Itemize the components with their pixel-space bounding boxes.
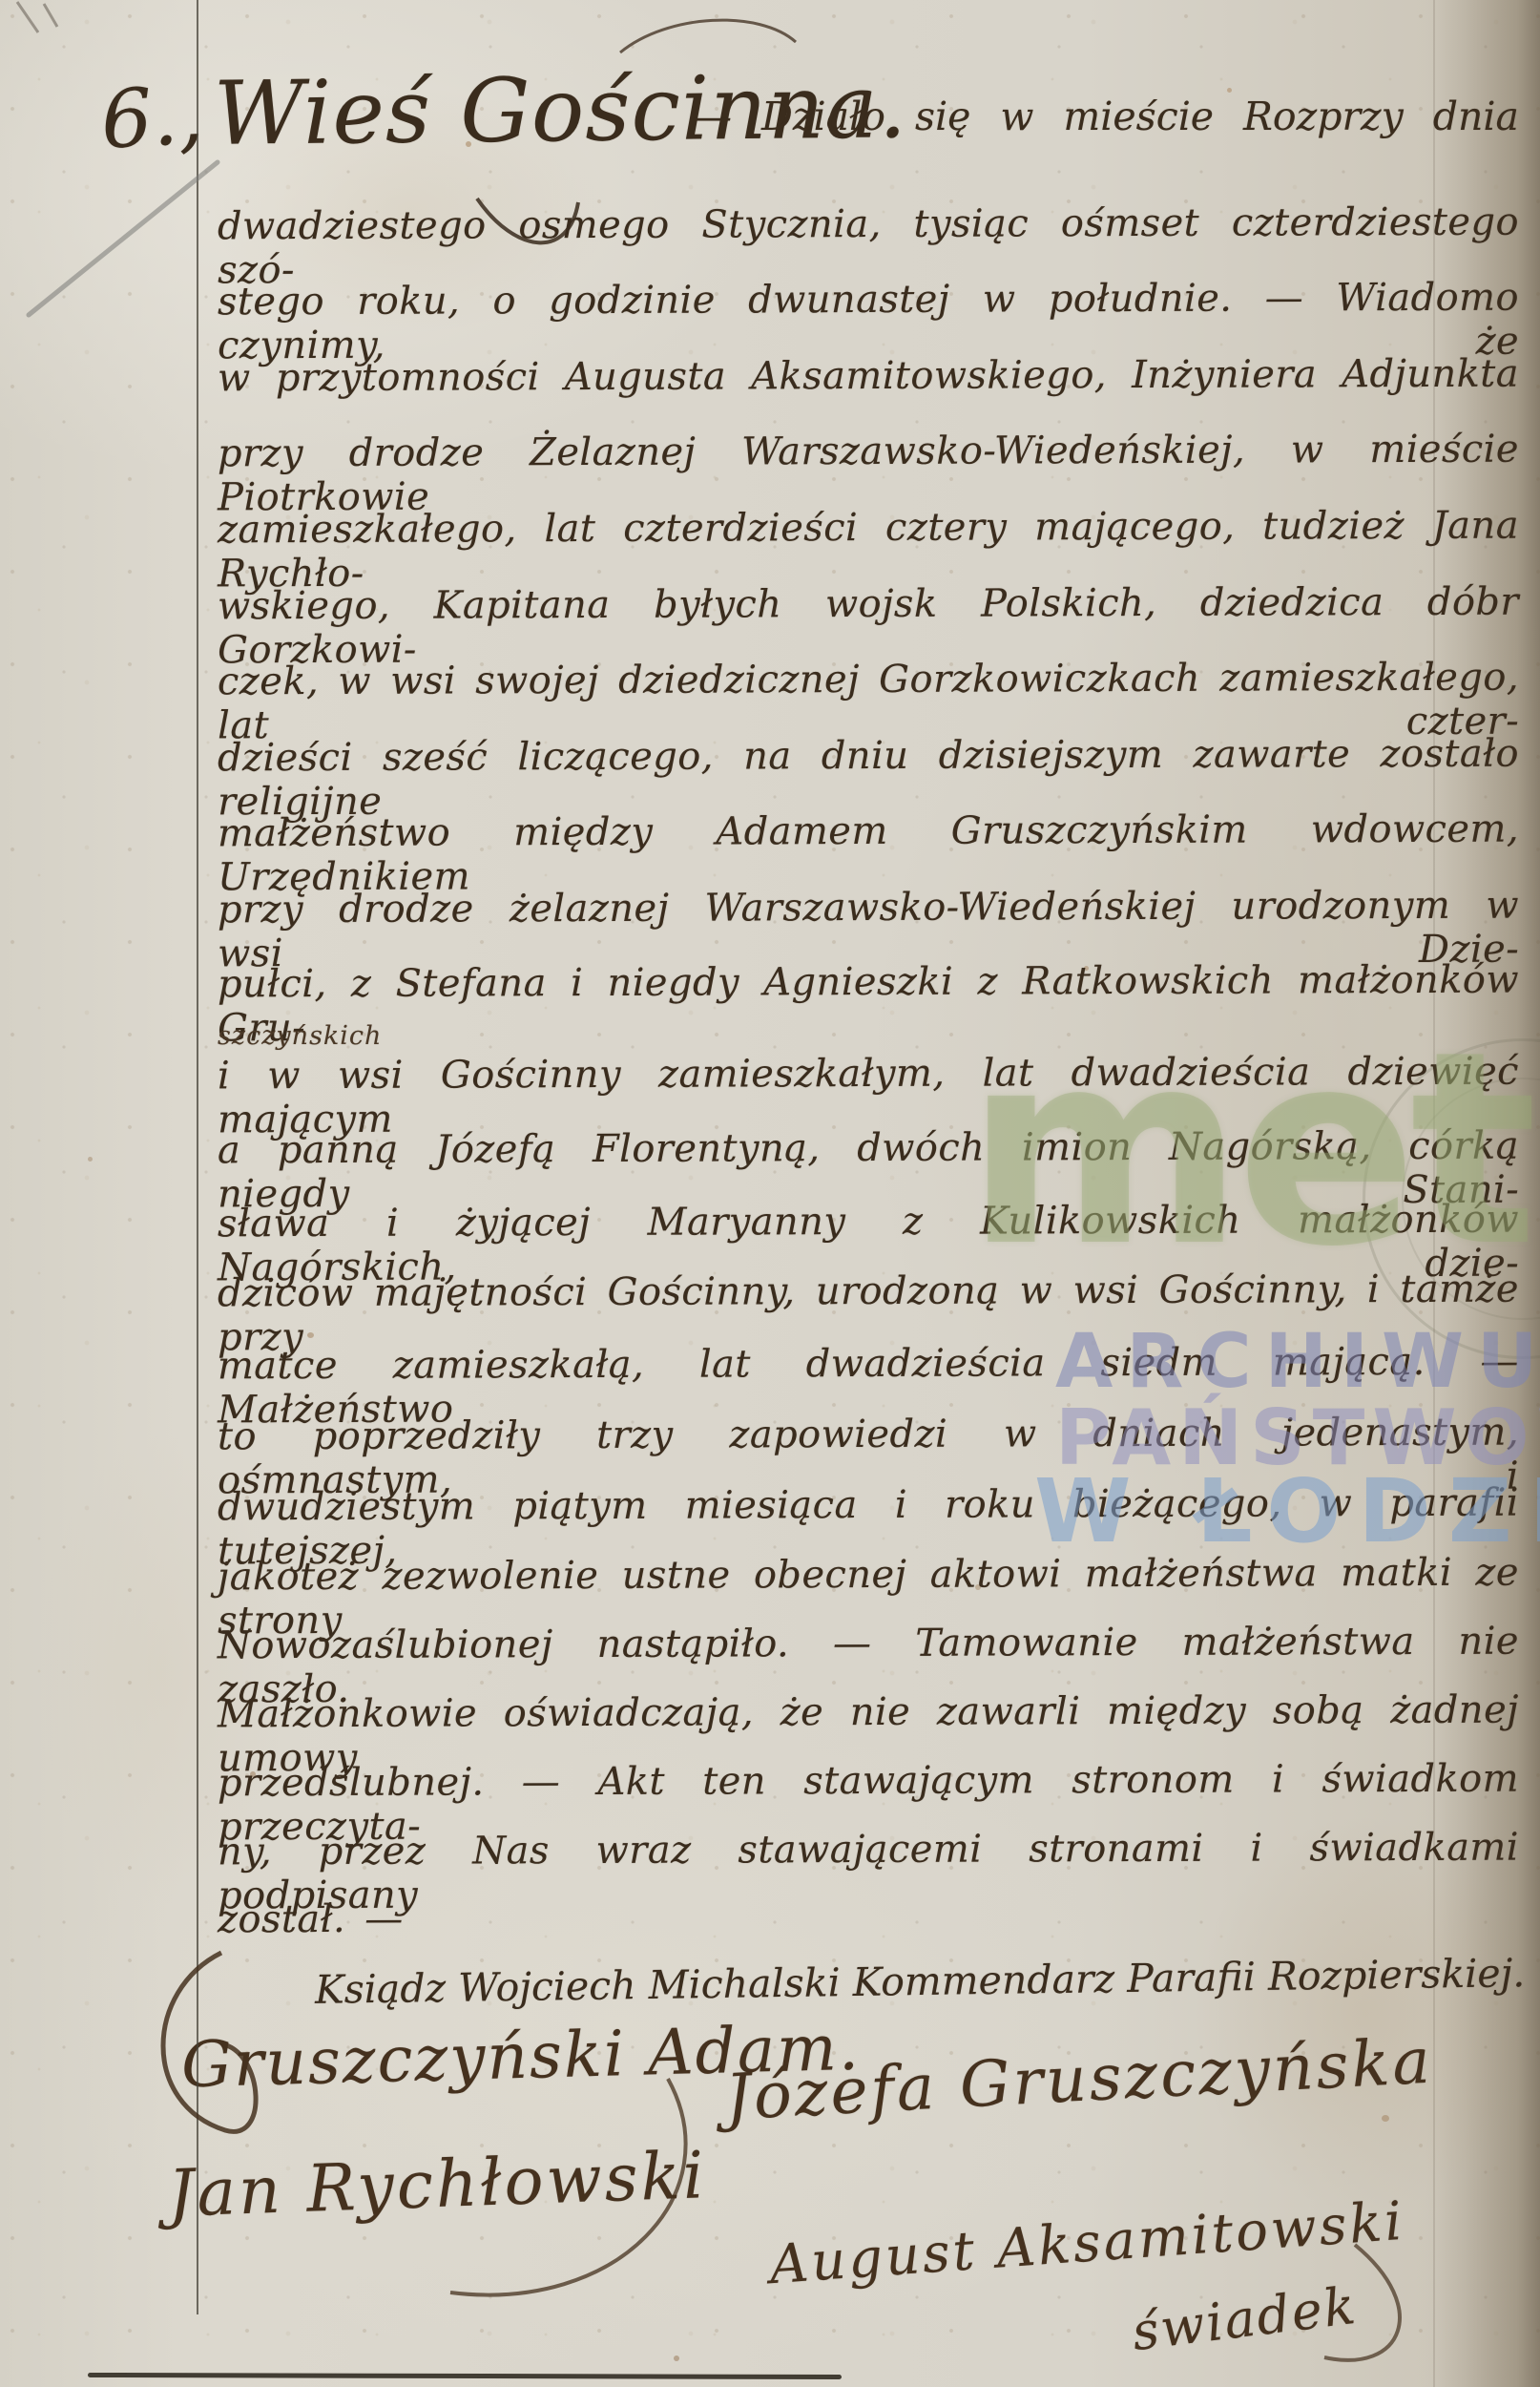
paper-fleck	[674, 2356, 679, 2361]
signature-witness-1: Jan Rychłowski	[167, 2138, 708, 2232]
paper-fleck	[1227, 88, 1232, 93]
heading-continuation: — Działo się w mieście Rozprzy dnia	[693, 94, 1519, 139]
body-line: pułci, z Stefana i niegdy Agnieszki z Ra…	[218, 958, 1519, 1051]
body-line: został. —	[218, 1894, 1519, 1942]
marginal-insert: szczyńskich	[218, 1021, 382, 1051]
document-scan: 6., Wieś Gościnna. — Działo się w mieści…	[0, 0, 1540, 2387]
body-line: w przytomności Augusta Aksamitowskiego, …	[218, 352, 1519, 401]
entry-number: 6.,	[99, 68, 206, 166]
officiant-line: Ksiądz Wojciech Michalski Kommendarz Par…	[315, 1950, 1526, 2013]
signature-witness-note: świadek	[1129, 2275, 1361, 2362]
page-bottom-edge	[88, 2373, 842, 2379]
paper-fleck	[88, 1157, 93, 1162]
corner-marks	[17, 2, 57, 32]
pen-flourish-top	[620, 20, 796, 52]
paper-fleck	[1382, 2115, 1389, 2122]
pencil-stroke	[29, 162, 218, 315]
